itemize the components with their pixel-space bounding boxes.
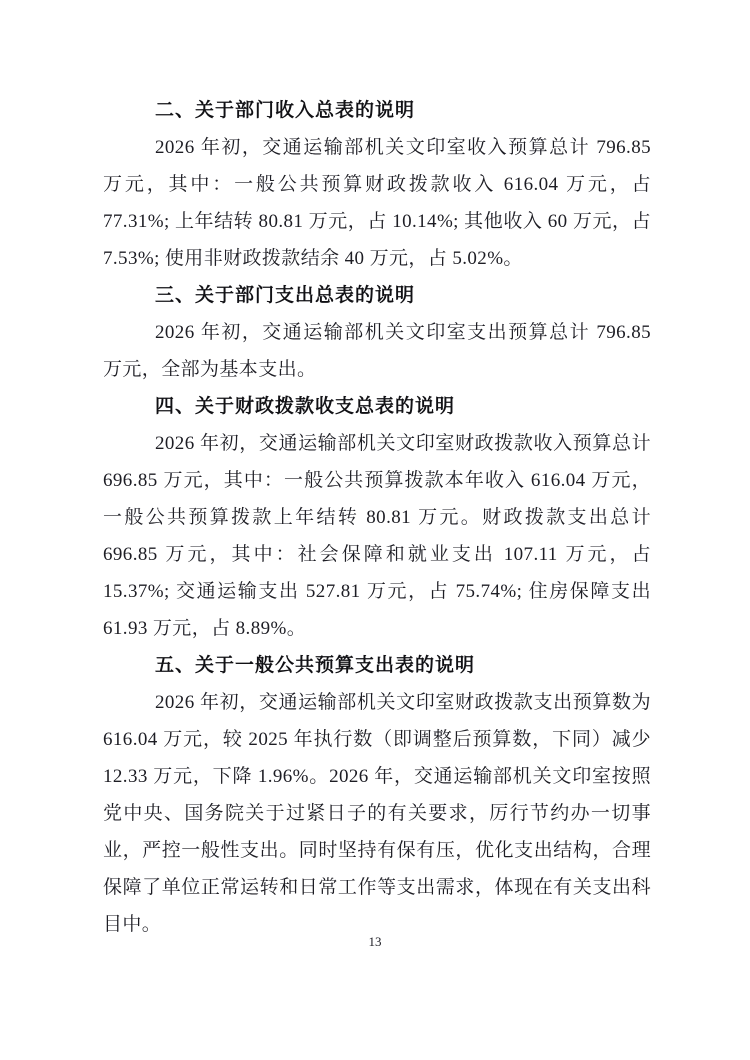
section-heading-expenditure-summary: 三、关于部门支出总表的说明 [103,277,651,314]
section-paragraph: 2026 年初，交通运输部机关文印室支出预算总计 796.85 万元，全部为基本… [103,314,651,388]
section-paragraph: 2026 年初，交通运输部机关文印室财政拨款支出预算数为 616.04 万元，较… [103,684,651,943]
section-fiscal-appropriation-summary: 四、关于财政拨款收支总表的说明 2026 年初，交通运输部机关文印室财政拨款收入… [103,388,651,647]
section-income-summary: 二、关于部门收入总表的说明 2026 年初，交通运输部机关文印室收入预算总计 7… [103,92,651,277]
section-general-public-budget-expenditure: 五、关于一般公共预算支出表的说明 2026 年初，交通运输部机关文印室财政拨款支… [103,647,651,943]
section-paragraph: 2026 年初，交通运输部机关文印室财政拨款收入预算总计 696.85 万元，其… [103,425,651,647]
section-expenditure-summary: 三、关于部门支出总表的说明 2026 年初，交通运输部机关文印室支出预算总计 7… [103,277,651,388]
document-page: 二、关于部门收入总表的说明 2026 年初，交通运输部机关文印室收入预算总计 7… [0,0,750,1060]
section-heading-income-summary: 二、关于部门收入总表的说明 [103,92,651,129]
section-heading-general-public-budget-expenditure: 五、关于一般公共预算支出表的说明 [103,647,651,684]
section-heading-fiscal-appropriation-summary: 四、关于财政拨款收支总表的说明 [103,388,651,425]
document-content: 二、关于部门收入总表的说明 2026 年初，交通运输部机关文印室收入预算总计 7… [103,92,651,943]
page-number: 13 [0,933,750,951]
section-paragraph: 2026 年初，交通运输部机关文印室收入预算总计 796.85 万元，其中：一般… [103,129,651,277]
